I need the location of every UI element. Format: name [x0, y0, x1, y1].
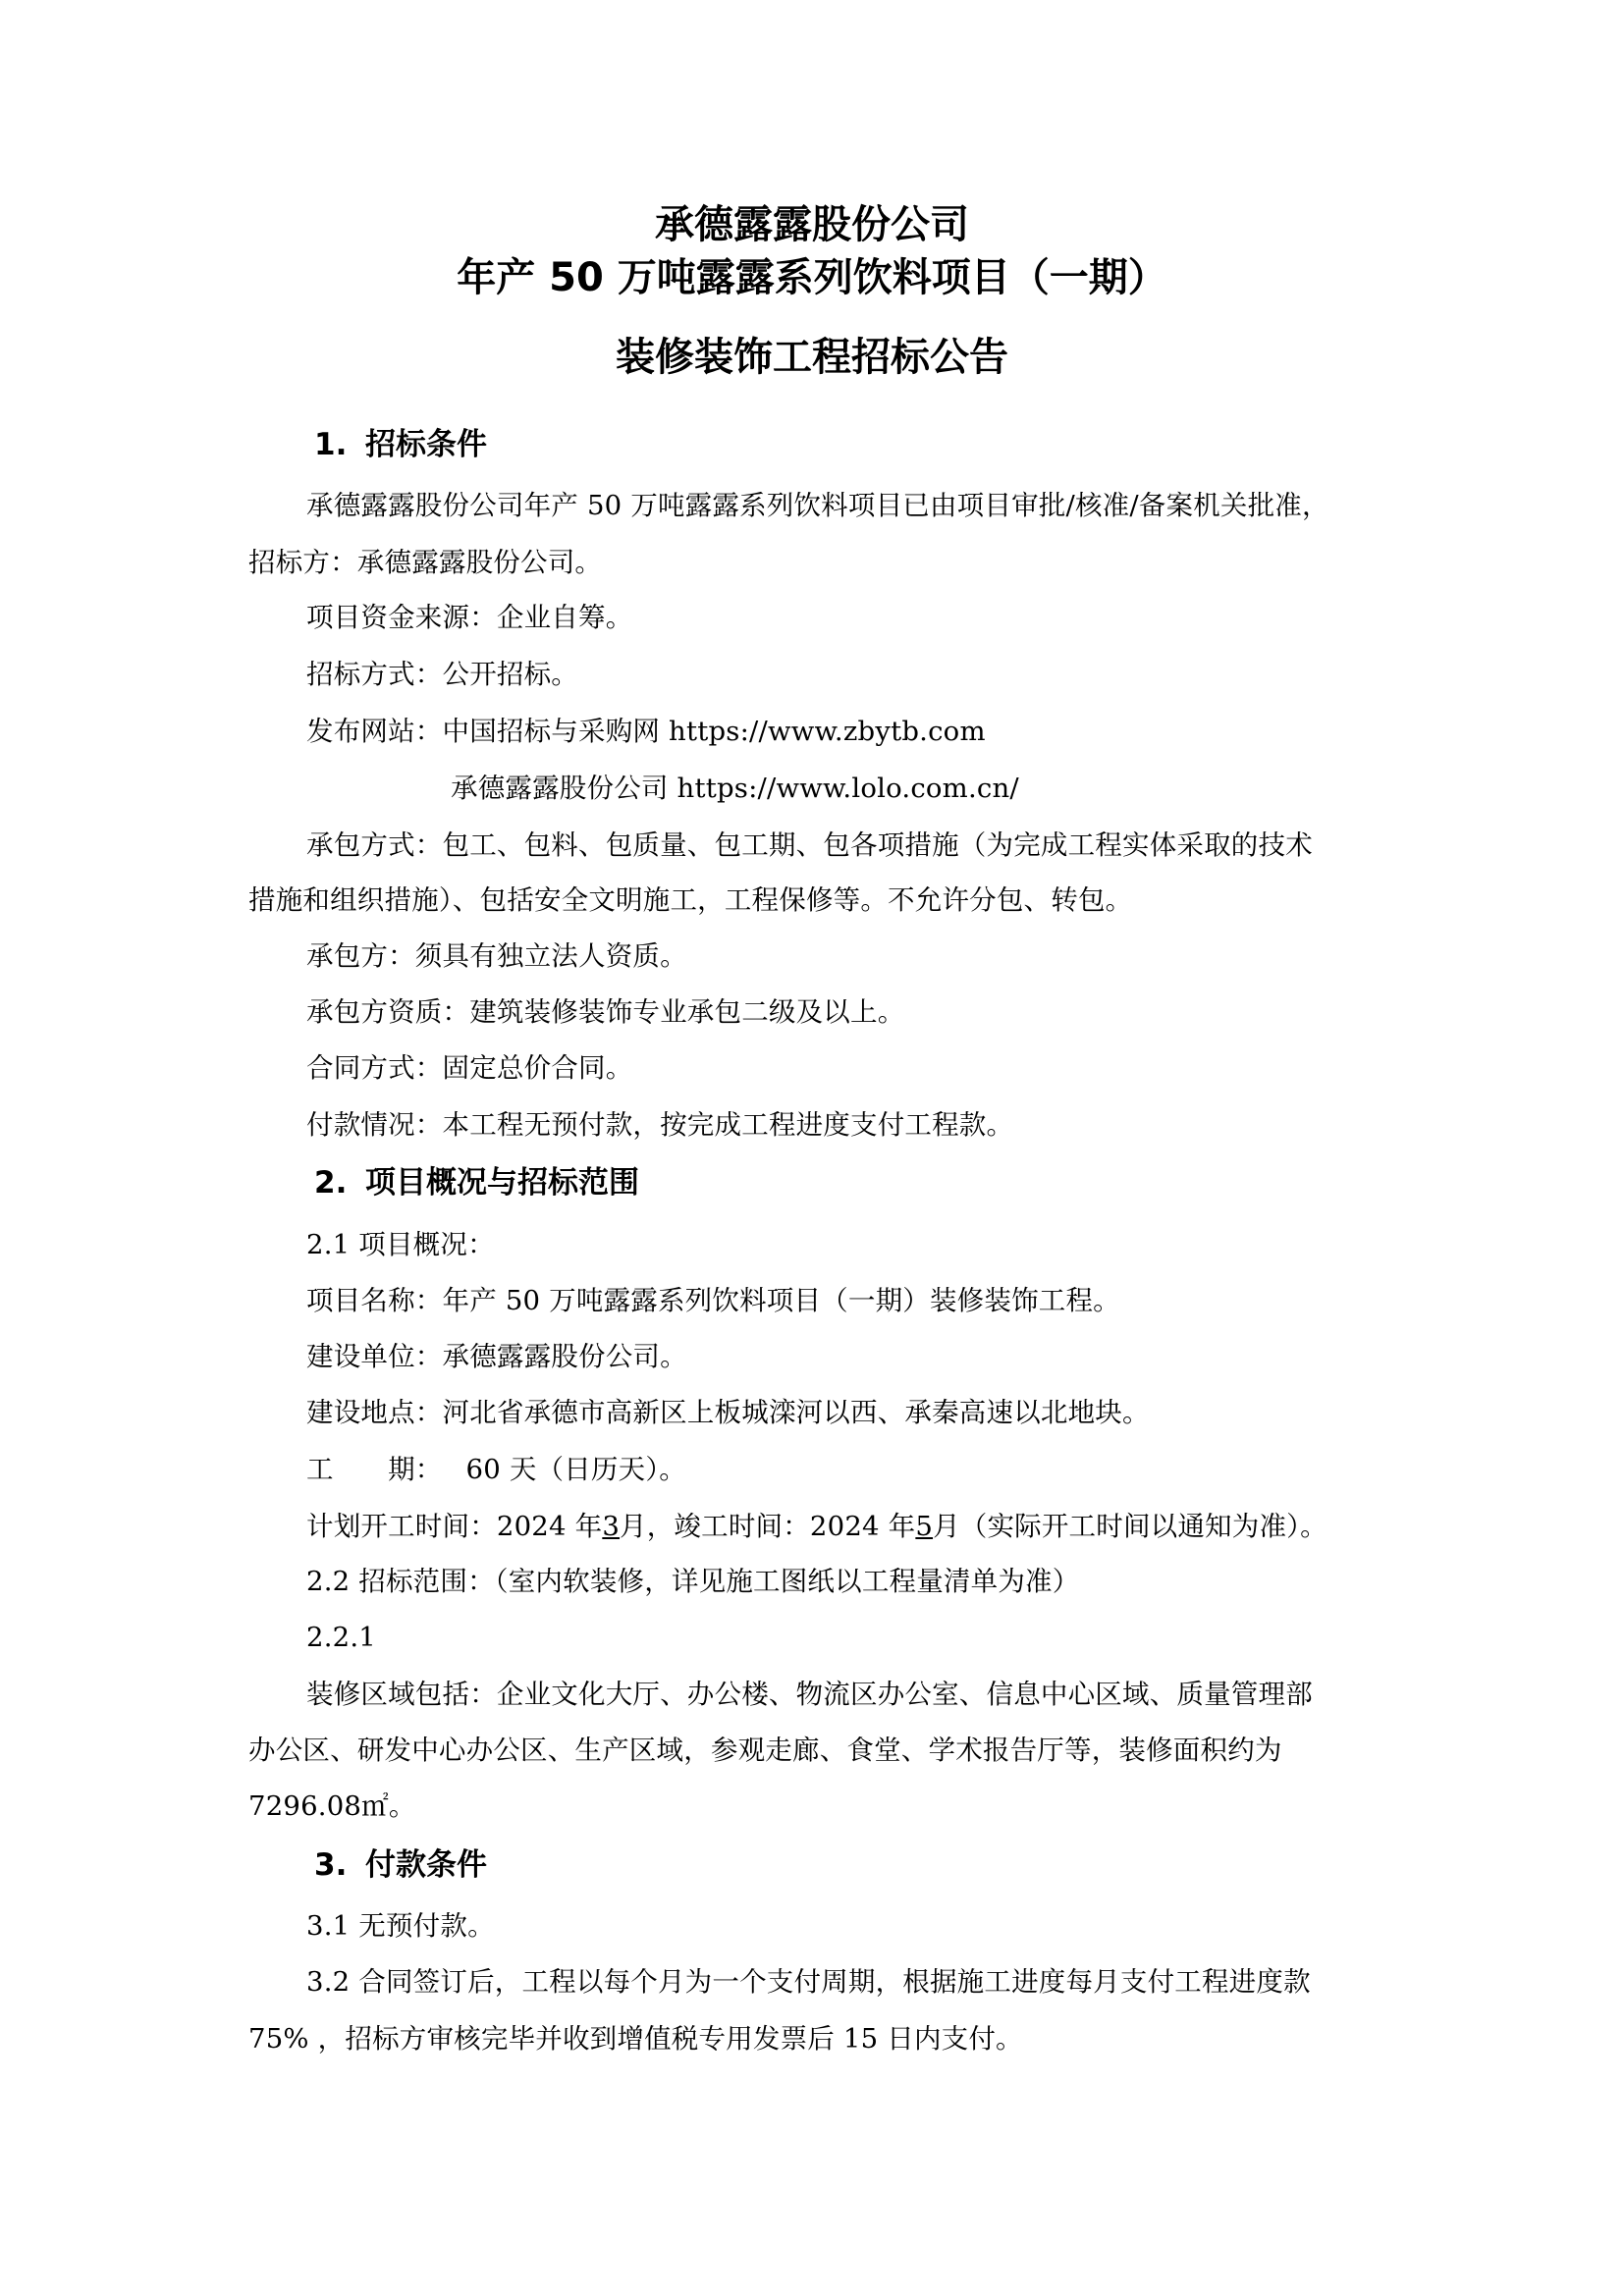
scope-area: 7296.08㎡。	[248, 1789, 416, 1824]
section-number: 1.	[314, 425, 365, 464]
paragraph: 75% ，招标方审核完毕并收到增值税专用发票后 15 日内支付。	[248, 2021, 1023, 2056]
payment-status: 付款情况：本工程无预付款，按完成工程进度支付工程款。	[306, 1107, 1013, 1143]
area-end: 。	[389, 1790, 416, 1822]
end-month: 5	[915, 1511, 933, 1542]
duration-value: 60 天（日历天）。	[466, 1454, 686, 1485]
section-number: 3.	[314, 1845, 365, 1885]
schedule-text: 月，竣工时间：2024 年	[620, 1511, 915, 1542]
paragraph: 装修区域包括：企业文化大厅、办公楼、物流区办公室、信息中心区域、质量管理部	[306, 1677, 1313, 1712]
subsection-2-2: 2.2 招标范围：（室内软装修，详见施工图纸以工程量清单为准）	[306, 1564, 1079, 1599]
bidding-method: 招标方式：公开招标。	[306, 657, 578, 692]
website-line-1: 发布网站：中国招标与采购网 https://www.zbytb.com	[306, 714, 986, 749]
location: 建设地点：河北省承德市高新区上板城滦河以西、承秦高速以北地块。	[306, 1395, 1150, 1430]
contractor-qualification: 承包方资质：建筑装修装饰专业承包二级及以上。	[306, 994, 904, 1030]
schedule-text: 月（实际开工时间以通知为准）。	[933, 1511, 1327, 1542]
paragraph: 措施和组织措施）、包括安全文明施工，工程保修等。不允许分包、转包。	[248, 882, 1132, 918]
schedule-text: 计划开工时间：2024 年	[306, 1511, 602, 1542]
section-3-heading: 3.付款条件	[314, 1845, 487, 1885]
document-page: 承德露露股份公司 年产 50 万吨露露系列饮料项目（一期） 装修装饰工程招标公告…	[0, 0, 1624, 2296]
builder: 建设单位：承德露露股份公司。	[306, 1339, 687, 1374]
project-name: 项目名称：年产 50 万吨露露系列饮料项目（一期）装修装饰工程。	[306, 1283, 1120, 1318]
contract-type: 合同方式：固定总价合同。	[306, 1050, 632, 1086]
section-title: 项目概况与招标范围	[365, 1165, 639, 1201]
section-title: 招标条件	[365, 427, 487, 462]
contractor-requirement: 承包方：须具有独立法人资质。	[306, 938, 687, 974]
website-link-zbytb[interactable]: 中国招标与采购网 https://www.zbytb.com	[443, 716, 986, 747]
section-1-heading: 1.招标条件	[314, 425, 487, 464]
section-title: 付款条件	[365, 1847, 487, 1883]
duration: 工 期：60 天（日历天）。	[306, 1452, 686, 1487]
funding-source: 项目资金来源：企业自筹。	[306, 600, 632, 635]
paragraph: 3.2 合同签订后，工程以每个月为一个支付周期，根据施工进度每月支付工程进度款	[306, 1964, 1311, 2000]
section-number: 2.	[314, 1163, 365, 1202]
paragraph: 承包方式：包工、包料、包质量、包工期、包各项措施（为完成工程实体采取的技术	[306, 828, 1313, 863]
title-project: 年产 50 万吨露露系列饮料项目（一期）	[0, 254, 1624, 301]
paragraph: 招标方：承德露露股份公司。	[248, 545, 602, 580]
paragraph: 办公区、研发中心办公区、生产区域，参观走廊、食堂、学术报告厅等，装修面积约为	[248, 1733, 1282, 1768]
website-link-lolo[interactable]: 承德露露股份公司 https://www.lolo.com.cn/	[451, 771, 1019, 806]
payment-term-3-1: 3.1 无预付款。	[306, 1908, 495, 1944]
title-company: 承德露露股份公司	[0, 201, 1624, 248]
paragraph: 承德露露股份公司年产 50 万吨露露系列饮料项目已由项目审批/核准/备案机关批准…	[306, 488, 1329, 523]
website-label: 发布网站：	[306, 716, 443, 747]
area-value: 7296.08㎡	[248, 1790, 389, 1822]
title-announcement: 装修装饰工程招标公告	[0, 334, 1624, 381]
section-2-heading: 2.项目概况与招标范围	[314, 1163, 639, 1202]
subsection-2-1: 2.1 项目概况：	[306, 1227, 495, 1262]
subsection-2-2-1: 2.2.1	[306, 1620, 376, 1655]
duration-label: 工 期：	[306, 1454, 443, 1485]
schedule: 计划开工时间：2024 年3月，竣工时间：2024 年5月（实际开工时间以通知为…	[306, 1509, 1327, 1544]
start-month: 3	[602, 1511, 620, 1542]
